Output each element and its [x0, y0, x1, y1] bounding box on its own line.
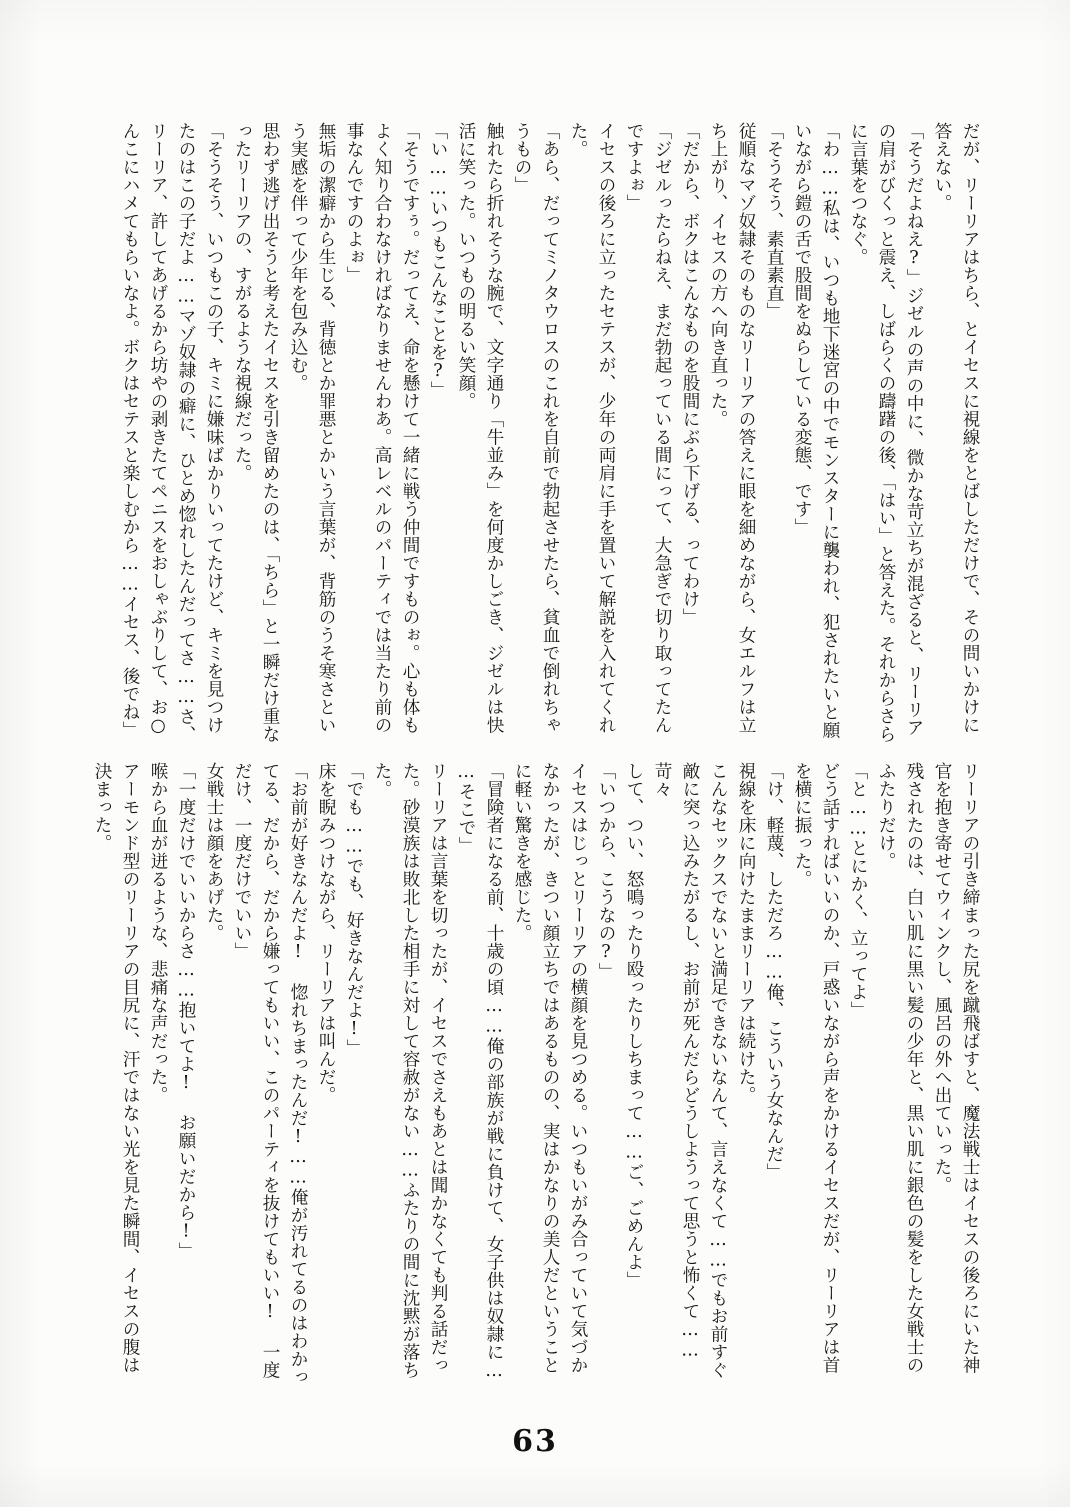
text-block-bottom: リーリアの引き締まった尻を蹴飛ばすと、魔法戦士はイセスの後ろにいた神 官を抱き寄… — [88, 762, 984, 1387]
page: { "document": { "language": "ja", "writi… — [0, 0, 1070, 1507]
text-block-top: だが、リーリアはちら、とイセスに視線をとばしただけで、その問いかけに 答えない。… — [116, 122, 984, 747]
page-number: 63 — [0, 1424, 1070, 1459]
